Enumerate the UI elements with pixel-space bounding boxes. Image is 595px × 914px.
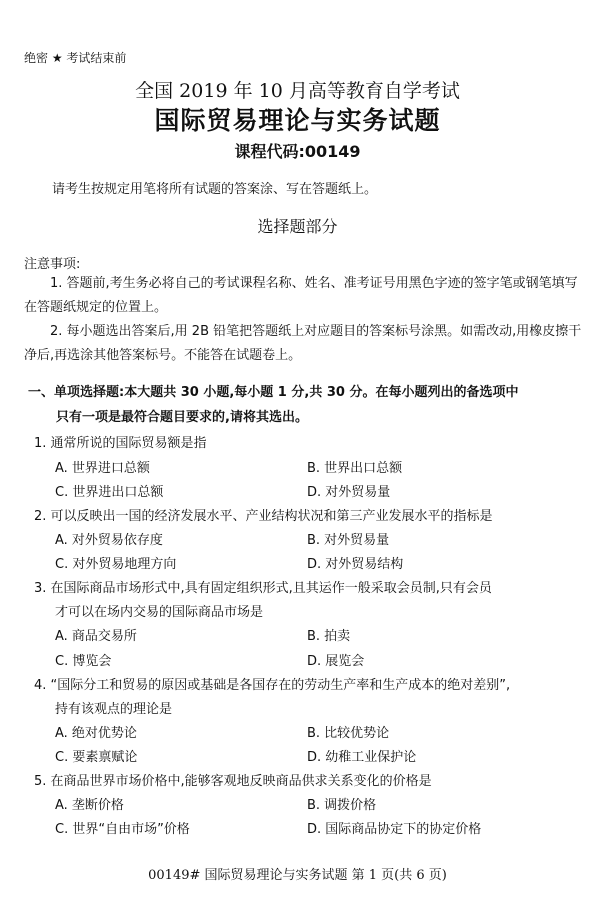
question-4-option-c: C. 要素禀赋论 [55, 746, 137, 765]
question-4-option-a: A. 绝对优势论 [55, 722, 137, 741]
question-2-stem: 2. 可以反映出一国的经济发展水平、产业结构状况和第三产业发展水平的指标是 [34, 505, 493, 524]
question-3-option-d: D. 展览会 [307, 650, 364, 669]
course-code: 课程代码:00149 [0, 139, 595, 162]
question-1-option-d: D. 对外贸易量 [307, 481, 390, 500]
question-1-option-b: B. 世界出口总额 [307, 457, 402, 476]
question-4-option-d: D. 幼稚工业保护论 [307, 746, 416, 765]
question-2-option-c: C. 对外贸易地理方向 [55, 553, 176, 572]
question-3-stem: 3. 在国际商品市场形式中,具有固定组织形式,且其运作一般采取会员制,只有会员 [34, 577, 492, 596]
question-5-option-c: C. 世界“自由市场”价格 [55, 818, 190, 837]
question-2-option-d: D. 对外贸易结构 [307, 553, 403, 572]
question-2-option-a: A. 对外贸易依存度 [55, 529, 163, 548]
general-instruction: 请考生按规定用笔将所有试题的答案涂、写在答题纸上。 [52, 178, 377, 197]
question-3-stem-continued: 才可以在场内交易的国际商品市场是 [55, 601, 263, 620]
part-title: 选择题部分 [0, 214, 595, 237]
question-5-stem: 5. 在商品世界市场价格中,能够客观地反映商品供求关系变化的价格是 [34, 770, 432, 789]
question-3-option-a: A. 商品交易所 [55, 625, 137, 644]
section-heading: 一、单项选择题:本大题共 30 小题,每小题 1 分,共 30 分。在每小题列出… [28, 380, 588, 430]
page-footer: 00149# 国际贸易理论与实务试题 第 1 页(共 6 页) [0, 864, 595, 883]
question-4-stem: 4. “国际分工和贸易的原因或基础是各国存在的劳动生产率和生产成本的绝对差别”, [34, 674, 510, 693]
question-1-option-c: C. 世界进出口总额 [55, 481, 163, 500]
question-1-option-a: A. 世界进口总额 [55, 457, 150, 476]
question-2-option-b: B. 对外贸易量 [307, 529, 389, 548]
question-1-stem: 1. 通常所说的国际贸易额是指 [34, 432, 207, 451]
notice-heading: 注意事项: [24, 253, 80, 272]
confidential-label: 绝密 ★ 考试结束前 [24, 49, 126, 66]
question-4-stem-continued: 持有该观点的理论是 [55, 698, 172, 717]
exam-session-line: 全国 2019 年 10 月高等教育自学考试 [0, 76, 595, 103]
question-5-option-b: B. 调拨价格 [307, 794, 376, 813]
notice-item-1: 1. 答题前,考生务必将自己的考试课程名称、姓名、准考证号用黑色字迹的签字笔或钢… [24, 272, 584, 320]
question-3-option-b: B. 拍卖 [307, 625, 350, 644]
page-title: 国际贸易理论与实务试题 [0, 101, 595, 137]
notice-item-2: 2. 每小题选出答案后,用 2B 铅笔把答题纸上对应题目的答案标号涂黑。如需改动… [24, 320, 584, 368]
question-5-option-d: D. 国际商品协定下的协定价格 [307, 818, 481, 837]
question-5-option-a: A. 垄断价格 [55, 794, 124, 813]
question-4-option-b: B. 比较优势论 [307, 722, 389, 741]
question-3-option-c: C. 博览会 [55, 650, 111, 669]
